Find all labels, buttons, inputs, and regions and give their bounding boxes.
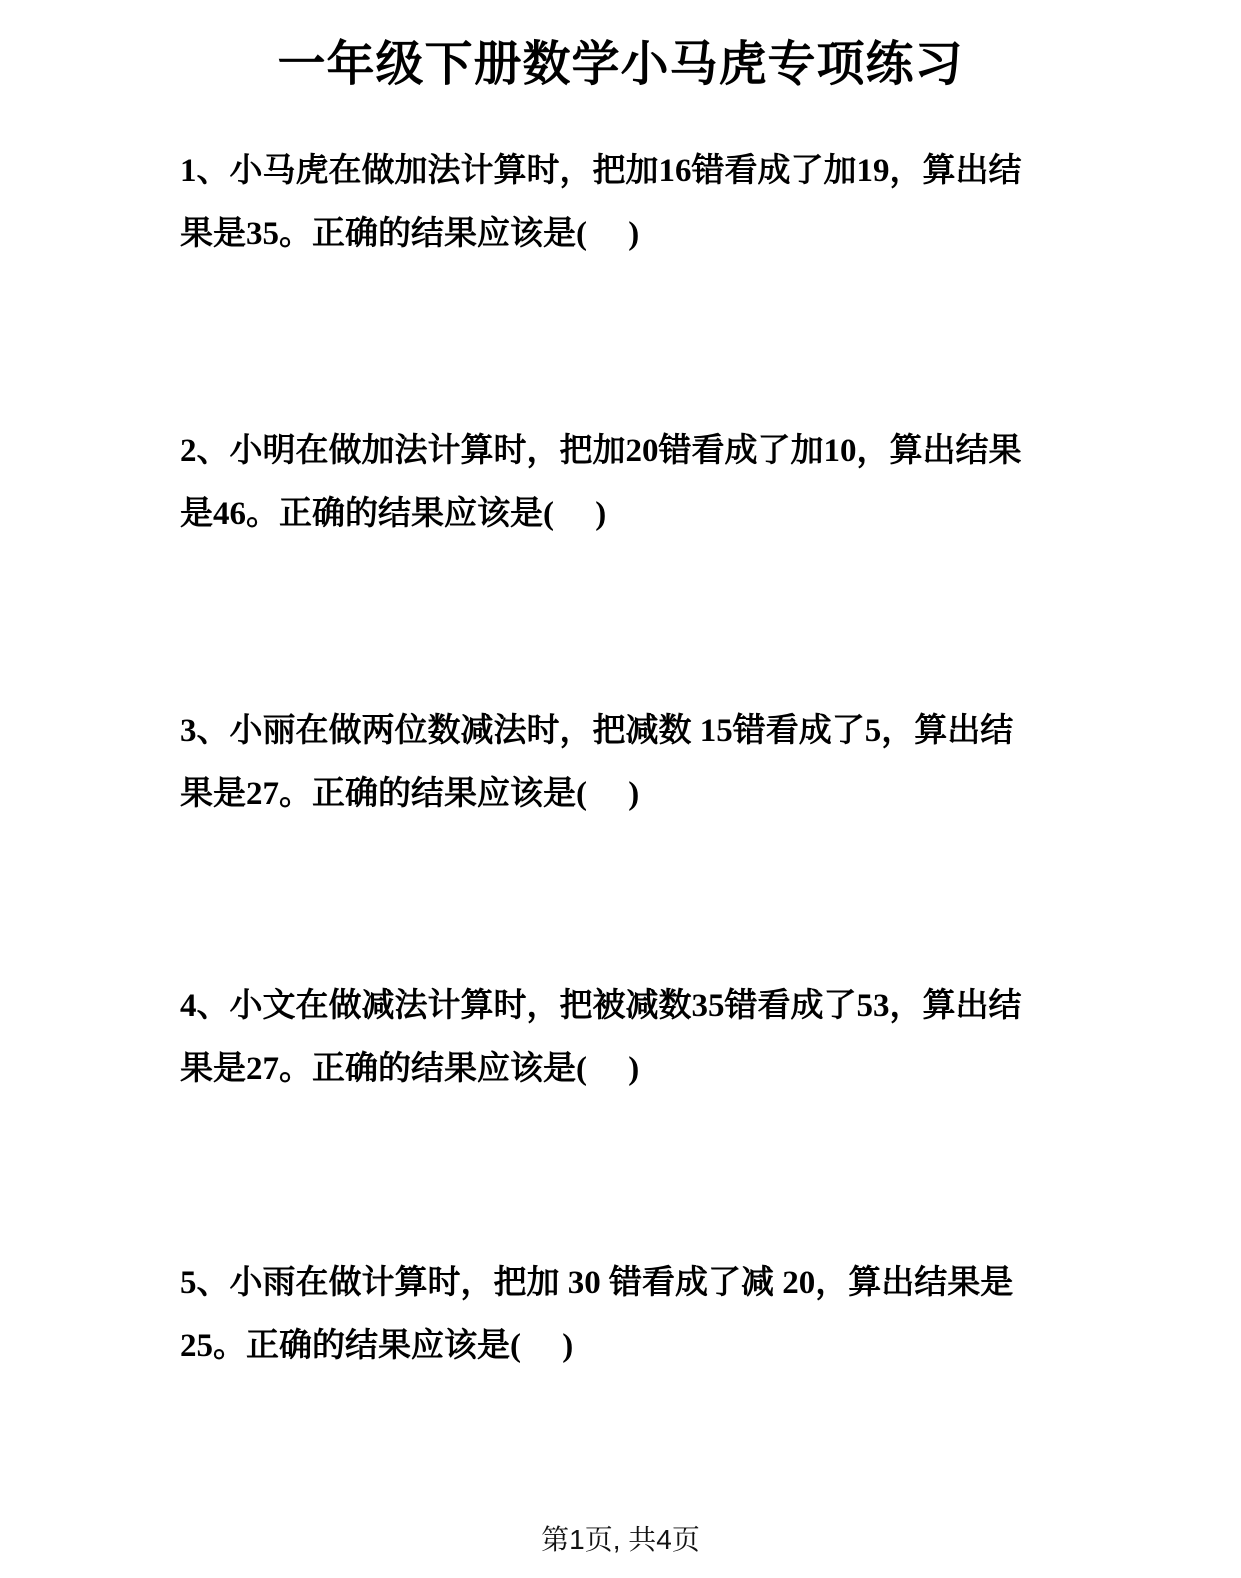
question-3-line-1: 3、小丽在做两位数减法时，把减数 15错看成了5，算出结 [180,700,1046,763]
question-4-line-1: 4、小文在做减法计算时，把被减数35错看成了53，算出结 [180,975,1046,1038]
question-4-line-2: 果是27。正确的结果应该是( ) [180,1038,1046,1101]
question-1-line-1: 1、小马虎在做加法计算时，把加16错看成了加19，算出结 [180,140,1046,203]
question-5-line-1: 5、小雨在做计算时，把加 30 错看成了减 20，算出结果是 [180,1252,1046,1315]
question-2: 2、小明在做加法计算时，把加20错看成了加10，算出结果 是46。正确的结果应该… [180,420,1046,546]
question-5: 5、小雨在做计算时，把加 30 错看成了减 20，算出结果是 25。正确的结果应… [180,1252,1046,1378]
question-4: 4、小文在做减法计算时，把被减数35错看成了53，算出结 果是27。正确的结果应… [180,975,1046,1101]
question-2-line-1: 2、小明在做加法计算时，把加20错看成了加10，算出结果 [180,420,1046,483]
page-footer: 第1页, 共4页 [0,1518,1241,1558]
question-3: 3、小丽在做两位数减法时，把减数 15错看成了5，算出结 果是27。正确的结果应… [180,700,1046,826]
page-title: 一年级下册数学小马虎专项练习 [0,34,1241,96]
question-3-line-2: 果是27。正确的结果应该是( ) [180,763,1046,826]
question-2-line-2: 是46。正确的结果应该是( ) [180,483,1046,546]
question-1: 1、小马虎在做加法计算时，把加16错看成了加19，算出结 果是35。正确的结果应… [180,140,1046,266]
question-1-line-2: 果是35。正确的结果应该是( ) [180,203,1046,266]
worksheet-page: 一年级下册数学小马虎专项练习 1、小马虎在做加法计算时，把加16错看成了加19，… [0,0,1241,1578]
question-5-line-2: 25。正确的结果应该是( ) [180,1315,1046,1378]
